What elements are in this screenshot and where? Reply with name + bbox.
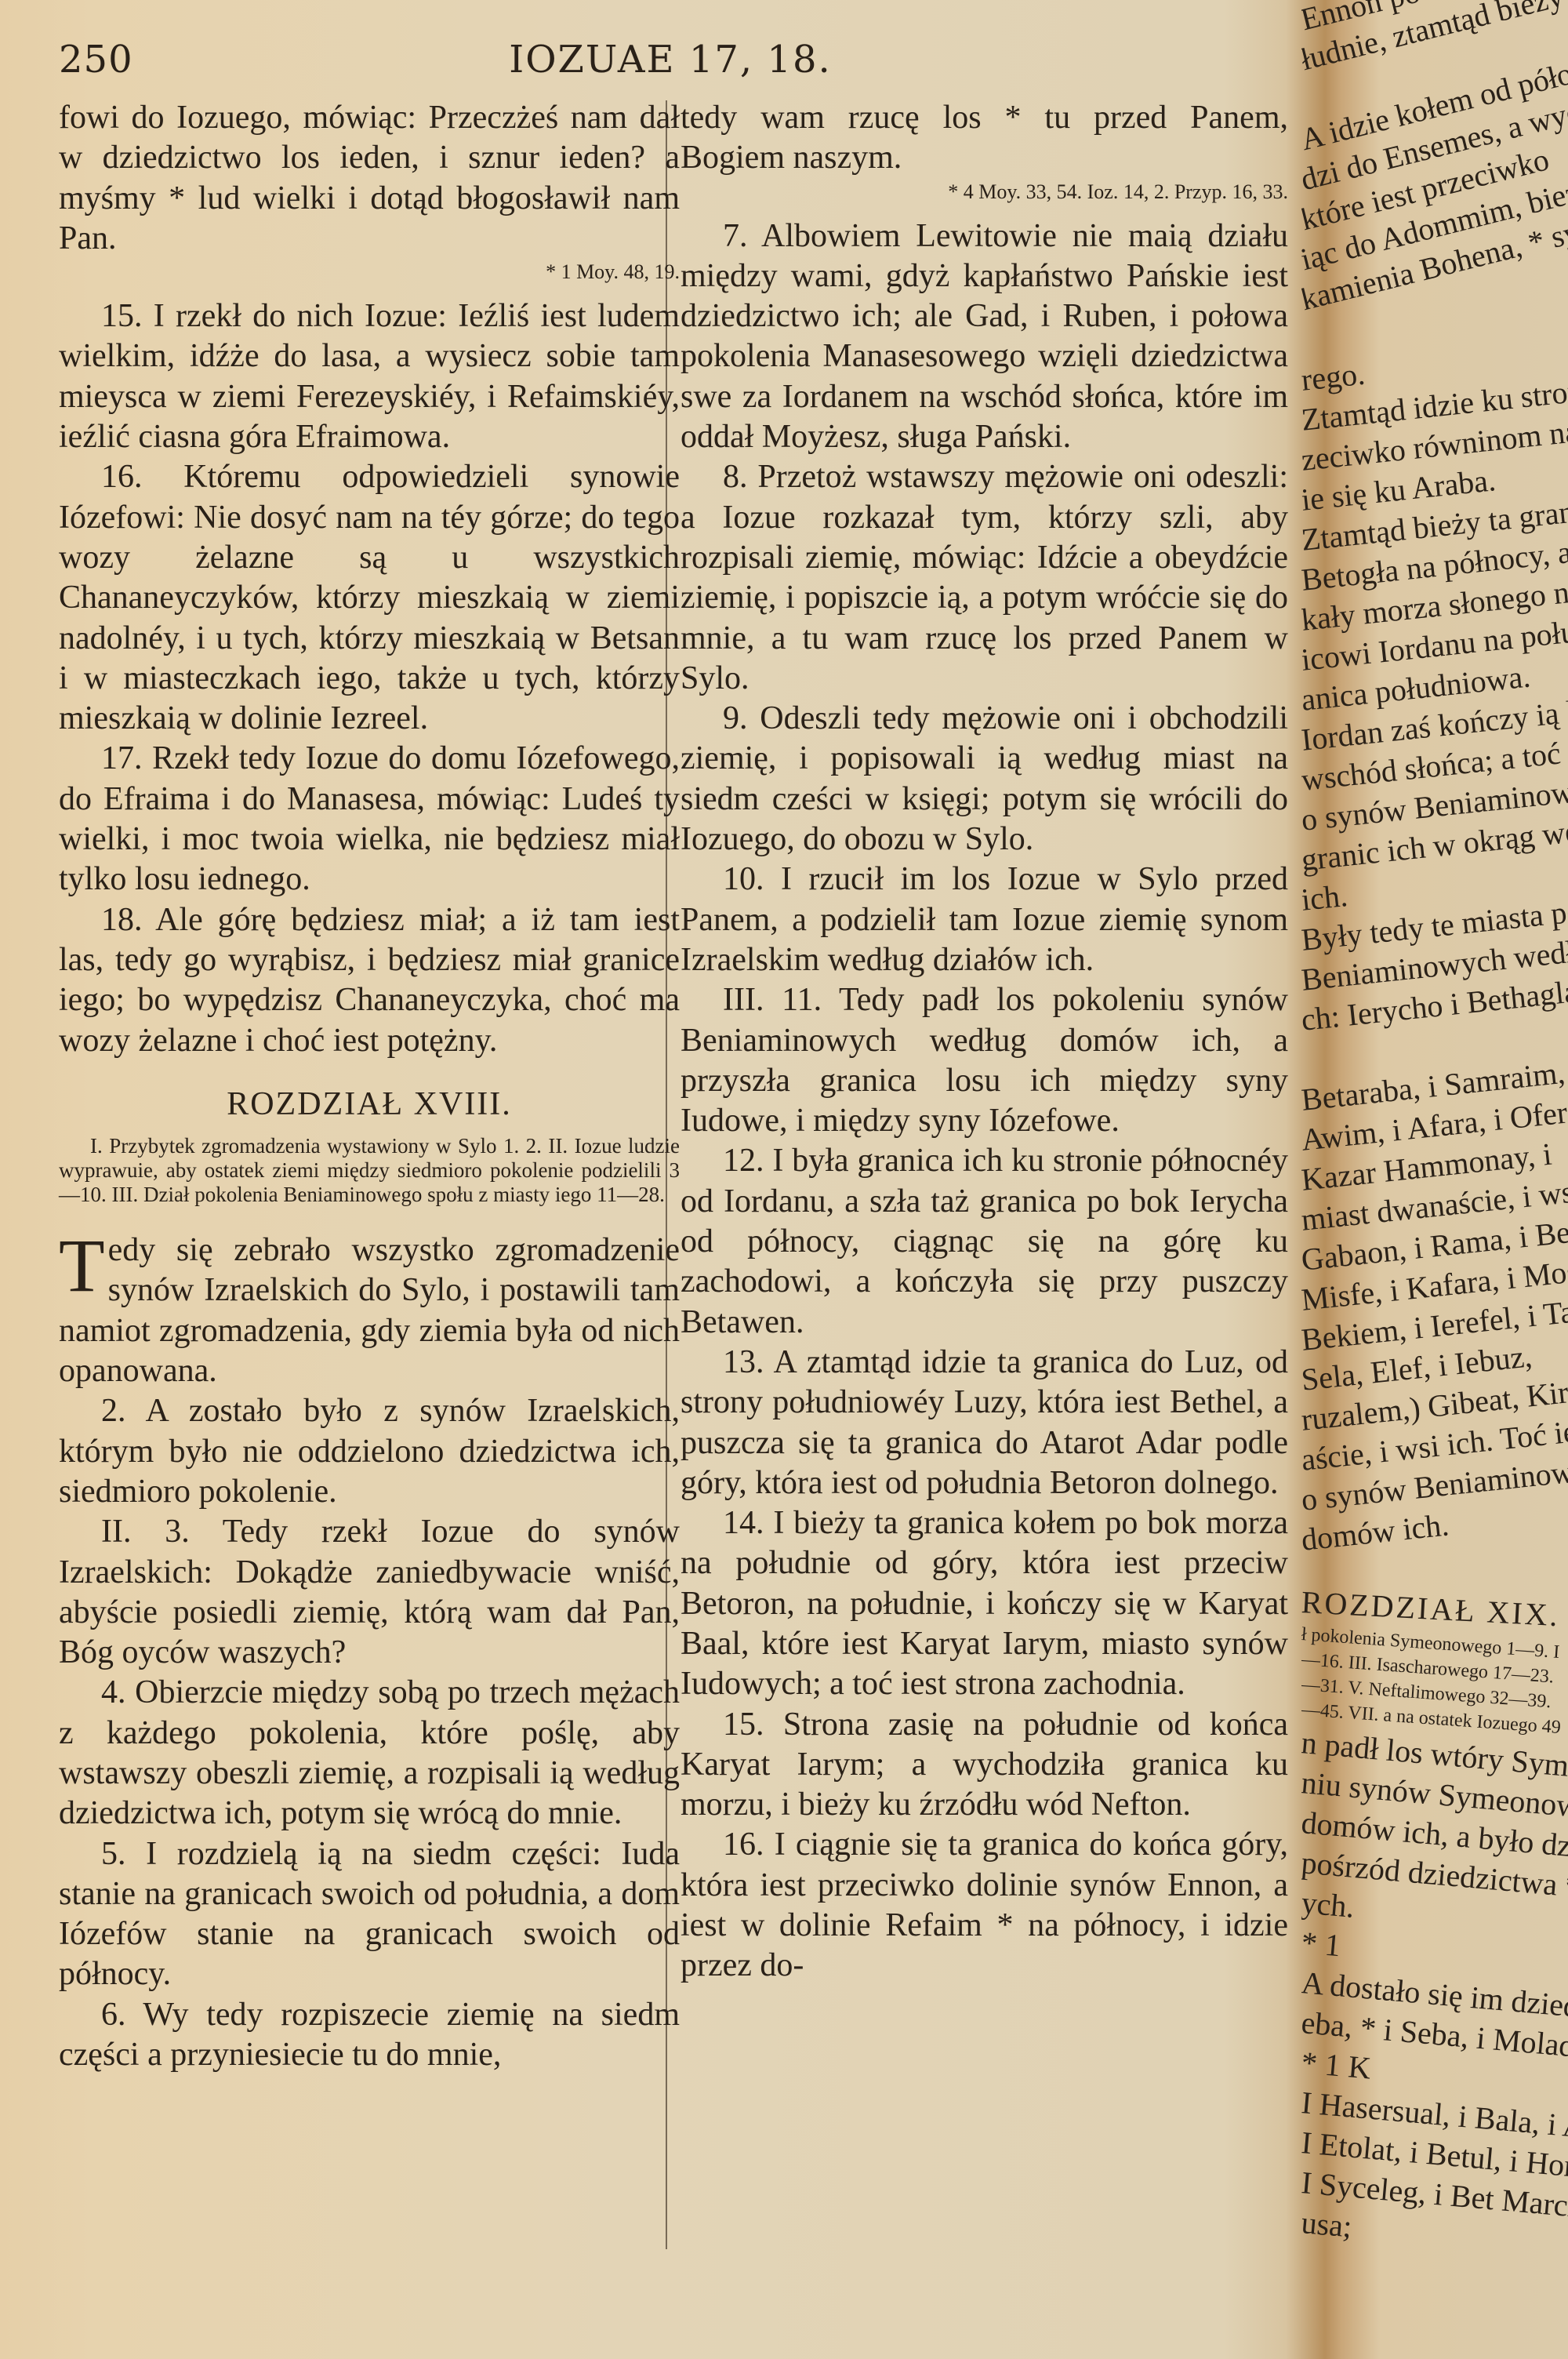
verse-6: 6. Wy tedy rozpiszecie ziemię na siedm c…: [59, 1995, 680, 2076]
verse-continuation: tedy wam rzucę los * tu przed Panem, Bog…: [681, 98, 1288, 179]
right-column: tedy wam rzucę los * tu przed Panem, Bog…: [681, 98, 1288, 1986]
verse-13: 13. A ztamtąd idzie ta granica do Luz, o…: [681, 1343, 1288, 1503]
verse-16: 16. Któremu odpowiedzieli synowie Iózefo…: [59, 457, 680, 739]
verse-15: 15. Strona zasię na południe od końca Ka…: [681, 1705, 1288, 1826]
verse-3: II. 3. Tedy rzekł Iozue do synów Izraels…: [59, 1512, 680, 1673]
footnote: * 1 Moy. 48, 19.: [59, 259, 680, 285]
verse-17: 17. Rzekł tedy Iozue do domu Iózefowego,…: [59, 739, 680, 900]
facing-page-partial: Ennon po stronie Iebułudnie, ztamtąd bie…: [1301, 0, 1568, 2359]
verse-5: 5. I rozdzielą ią na siedm części: Iuda …: [59, 1834, 680, 1995]
verse-15: 15. I rzekł do nich Iozue: Ieźliś iest l…: [59, 296, 680, 457]
verse-18: 18. Ale górę będziesz miał; a iż tam ies…: [59, 900, 680, 1061]
verse-2: 2. A zostało było z synów Izraelskich, k…: [59, 1391, 680, 1512]
drop-cap: T: [59, 1234, 105, 1298]
verse-14: 14. I bieży ta granica kołem po bok morz…: [681, 1503, 1288, 1704]
chapter-title: ROZDZIAŁ XVIII.: [59, 1085, 680, 1125]
verse-9: 9. Odeszli tedy mężowie oni i obchodzili…: [681, 699, 1288, 860]
left-column: fowi do Iozuego, mówiąc: Przeczżeś nam d…: [59, 98, 680, 2075]
verse-8: 8. Przetoż wstawszy mężowie oni odeszli:…: [681, 457, 1288, 699]
verse-11: III. 11. Tedy padł los pokoleniu synów B…: [681, 980, 1288, 1141]
verse-1: edy się zebrało wszystko zgromadzenie sy…: [59, 1232, 680, 1389]
footnote: * 4 Moy. 33, 54. Ioz. 14, 2. Przyp. 16, …: [681, 179, 1288, 205]
page-header: 250 IOZUAE 17, 18.: [59, 38, 1282, 93]
verse-continuation: fowi do Iozuego, mówiąc: Przeczżeś nam d…: [59, 98, 680, 259]
verse-10: 10. I rzucił im los Iozue w Sylo przed P…: [681, 860, 1288, 980]
verse-7: 7. Albowiem Lewitowie nie maią działu mi…: [681, 216, 1288, 458]
verse-16: 16. I ciągnie się ta granica do końca gó…: [681, 1825, 1288, 1986]
chapter-summary: I. Przybytek zgromadzenia wystawiony w S…: [59, 1134, 680, 1207]
verse-4: 4. Obierzcie między sobą po trzech mężac…: [59, 1673, 680, 1834]
verse-12: 12. I była granica ich ku stronie północ…: [681, 1141, 1288, 1342]
chapter-opening: T edy się zebrało wszystko zgromadzenie …: [59, 1230, 680, 1391]
running-title: IOZUAE 17, 18.: [59, 38, 1282, 82]
book-page-250: 250 IOZUAE 17, 18. fowi do Iozuego, mówi…: [0, 0, 1286, 2359]
